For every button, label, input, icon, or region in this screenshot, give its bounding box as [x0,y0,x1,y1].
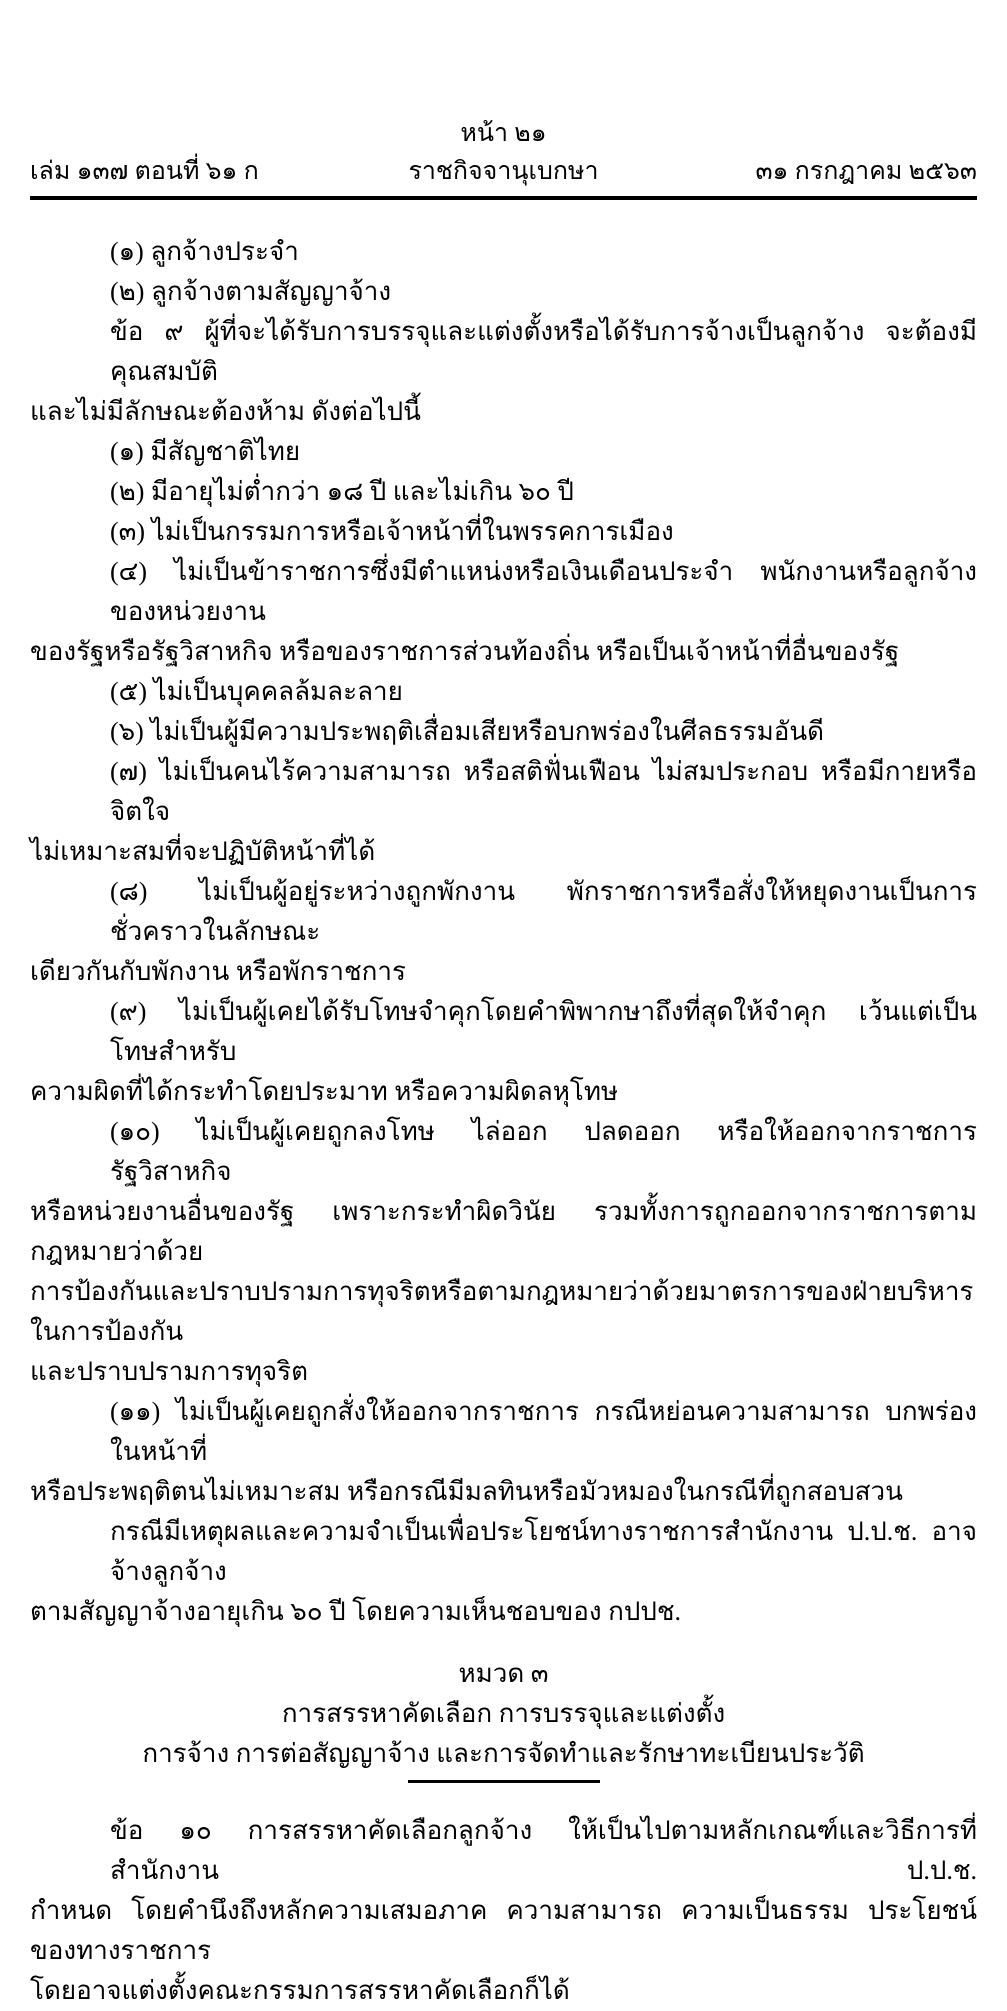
body-line: (๘) ไม่เป็นผู้อยู่ระหว่างถูกพักงาน พักรา… [30,872,977,952]
body-line: และปราบปรามการทุจริต [30,1352,977,1392]
body-line: ความผิดที่ได้กระทำโดยประมาท หรือความผิดล… [30,1072,977,1112]
header-meta-row: เล่ม ๑๓๗ ตอนที่ ๖๑ ก ราชกิจจานุเบกษา ๓๑ … [30,154,977,190]
body-line: ข้อ ๙ ผู้ที่จะได้รับการบรรจุและแต่งตั้งห… [30,312,977,392]
body-line: (๑๐) ไม่เป็นผู้เคยถูกลงโทษ ไล่ออก ปลดออก… [30,1112,977,1192]
header-divider [30,196,977,200]
closing-paragraph: ข้อ ๑๐ การสรรหาคัดเลือกลูกจ้าง ให้เป็นไป… [30,1811,977,2011]
publication-date: ๓๑ กรกฎาคม ๒๕๖๓ [677,154,977,190]
body-line: ข้อ ๑๐ การสรรหาคัดเลือกลูกจ้าง ให้เป็นไป… [30,1811,977,1891]
body-line: (๖) ไม่เป็นผู้มีความประพฤติเสื่อมเสียหรื… [30,712,977,752]
body-line: (๙) ไม่เป็นผู้เคยได้รับโทษจำคุกโดยคำพิพา… [30,992,977,1072]
chapter-heading: หมวด ๓ การสรรหาคัดเลือก การบรรจุและแต่งต… [30,1654,977,1783]
chapter-title-line-1: การสรรหาคัดเลือก การบรรจุและแต่งตั้ง [30,1694,977,1734]
page-header: หน้า ๒๑ เล่ม ๑๓๗ ตอนที่ ๖๑ ก ราชกิจจานุเ… [30,0,977,200]
body-line: ตามสัญญาจ้างอายุเกิน ๖๐ ปี โดยความเห็นชอ… [30,1592,977,1632]
gazette-title: ราชกิจจานุเบกษา [330,154,677,190]
body-line: หรือประพฤติตนไม่เหมาะสม หรือกรณีมีมลทินห… [30,1472,977,1512]
body-line: ไม่เหมาะสมที่จะปฏิบัติหน้าที่ได้ [30,832,977,872]
body-line: (๑) มีสัญชาติไทย [30,432,977,472]
body-line: (๑) ลูกจ้างประจำ [30,232,977,272]
body-line: หรือหน่วยงานอื่นของรัฐ เพราะกระทำผิดวินั… [30,1192,977,1272]
body-line: (๒) มีอายุไม่ต่ำกว่า ๑๘ ปี และไม่เกิน ๖๐… [30,472,977,512]
body-line: (๔) ไม่เป็นข้าราชการซึ่งมีตำแหน่งหรือเงิ… [30,552,977,632]
body-line: การป้องกันและปราบปรามการทุจริตหรือตามกฎห… [30,1272,977,1352]
body-line: กำหนด โดยคำนึงถึงหลักความเสมอภาค ความสาม… [30,1891,977,1971]
chapter-divider [408,1780,600,1783]
body-line: และไม่มีลักษณะต้องห้าม ดังต่อไปนี้ [30,392,977,432]
body-line: (๓) ไม่เป็นกรรมการหรือเจ้าหน้าที่ในพรรคก… [30,512,977,552]
body-line: (๗) ไม่เป็นคนไร้ความสามารถ หรือสติฟั่นเฟ… [30,752,977,832]
volume-label: เล่ม ๑๓๗ ตอนที่ ๖๑ ก [30,154,330,190]
body-line: (๑๑) ไม่เป็นผู้เคยถูกสั่งให้ออกจากราชการ… [30,1392,977,1472]
body-line: กรณีมีเหตุผลและความจำเป็นเพื่อประโยชน์ทา… [30,1512,977,1592]
body-line: โดยอาจแต่งตั้งคณะกรรมการสรรหาคัดเลือกก็ไ… [30,1971,977,2011]
chapter-number: หมวด ๓ [30,1654,977,1694]
chapter-title-line-2: การจ้าง การต่อสัญญาจ้าง และการจัดทำและรั… [30,1734,977,1774]
body-line: (๕) ไม่เป็นบุคคลล้มละลาย [30,672,977,712]
body-line: (๒) ลูกจ้างตามสัญญาจ้าง [30,272,977,312]
body-line: ของรัฐหรือรัฐวิสาหกิจ หรือของราชการส่วนท… [30,632,977,672]
body-line: เดียวกันกับพักงาน หรือพักราชการ [30,952,977,992]
document-body: (๑) ลูกจ้างประจำ (๒) ลูกจ้างตามสัญญาจ้าง… [30,232,977,1632]
page-number-label: หน้า ๒๑ [30,118,977,150]
gazette-page: หน้า ๒๑ เล่ม ๑๓๗ ตอนที่ ๖๑ ก ราชกิจจานุเ… [0,0,1007,2011]
